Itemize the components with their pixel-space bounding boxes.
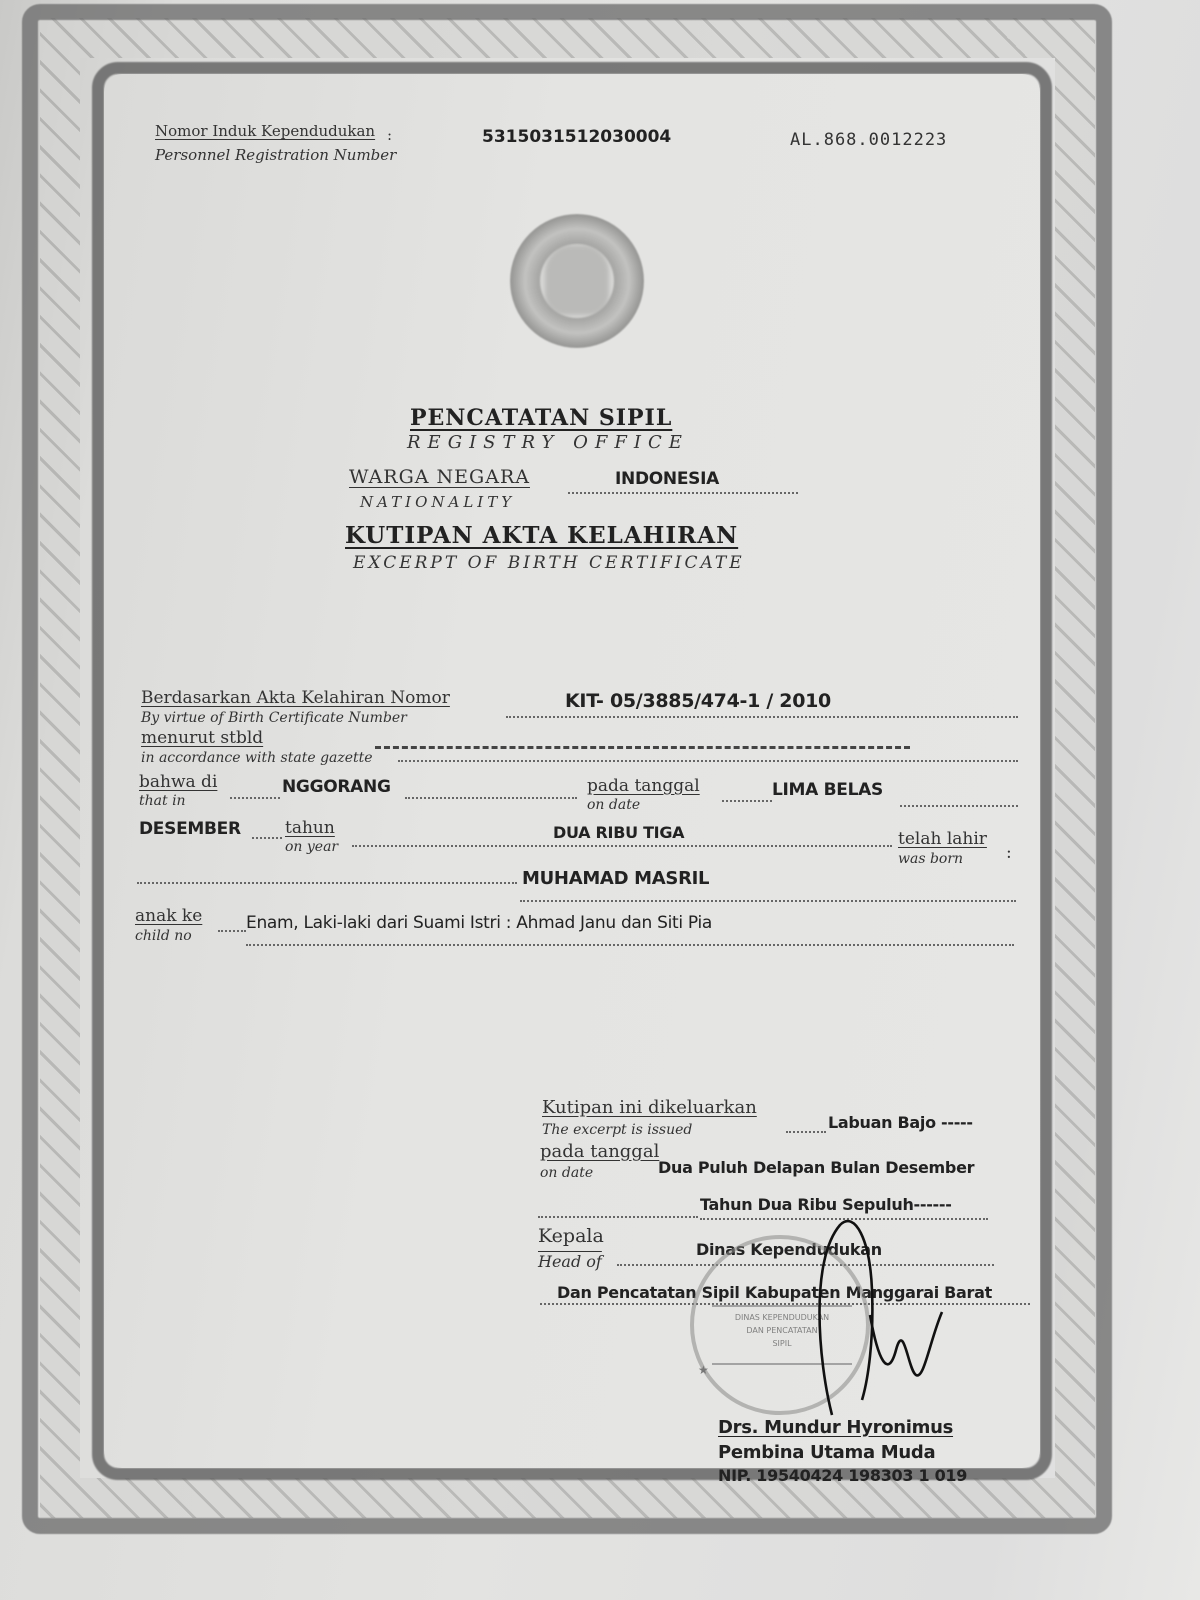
star-icon: ★ [698,1363,709,1377]
date-label: pada tanggal [587,776,700,796]
nik-label-en: Personnel Registration Number [155,146,396,164]
dotted-line [252,837,282,839]
issued-label-en: The excerpt is issued [542,1122,692,1138]
dotted-line [246,944,1014,946]
certificate-paper: Nomor Induk Kependudukan : Personnel Reg… [0,0,1200,1600]
born-label: telah lahir [898,829,987,849]
dotted-line [538,1216,698,1218]
birth-month-value: DESEMBER [139,819,241,839]
stbld-label-en: in accordance with state gazette [141,750,373,766]
document-title-en: EXCERPT OF BIRTH CERTIFICATE [353,553,745,573]
place-label-en: that in [139,793,186,809]
office-title: PENCATATAN SIPIL [410,405,672,431]
signatory-name: Drs. Mundur Hyronimus [718,1417,953,1438]
head-label-en: Head of [538,1252,602,1271]
place-label: bahwa di [139,772,217,792]
nationality-label-en: NATIONALITY [360,493,515,511]
born-colon: : [1006,843,1012,863]
cert-number-label: Berdasarkan Akta Kelahiran Nomor [141,688,450,708]
year-label: tahun [285,818,335,838]
office-title-en: REGISTRY OFFICE [407,432,689,453]
born-label-en: was born [898,851,963,867]
serial-number: AL.868.0012223 [790,130,947,150]
child-name-value: MUHAMAD MASRIL [522,868,709,889]
stbld-empty-dashes [375,746,910,749]
birth-day-value: LIMA BELAS [772,780,883,800]
cert-number-value: KIT- 05/3885/474-1 / 2010 [565,690,831,712]
dotted-line [398,760,1018,762]
cert-number-label-en: By virtue of Birth Certificate Number [141,710,407,726]
stbld-label: menurut stbld [141,728,263,748]
dotted-line [722,800,772,802]
issued-date-label-en: on date [540,1165,593,1181]
head-label: Kepala [538,1225,604,1247]
nationality-value: INDONESIA [615,469,719,489]
dotted-line [405,797,577,799]
birth-place-value: NGGORANG [282,777,391,797]
dotted-line [506,716,1018,718]
dotted-line [786,1131,826,1133]
issued-date-value: Dua Puluh Delapan Bulan Desember [658,1158,974,1177]
child-number-value: Enam, Laki-laki dari Suami Istri : Ahmad… [246,913,712,933]
document-title: KUTIPAN AKTA KELAHIRAN [345,522,738,549]
dotted-line [230,797,280,799]
signatory-rank: Pembina Utama Muda [718,1442,935,1463]
garuda-emblem-center [545,245,609,315]
dotted-line [900,805,1018,807]
dotted-line [617,1264,693,1266]
nik-label: Nomor Induk Kependudukan [155,122,375,140]
signature-icon [800,1200,980,1420]
issued-place-value: Labuan Bajo ----- [828,1113,973,1132]
nationality-label: WARGA NEGARA [349,466,530,488]
date-label-en: on date [587,797,640,813]
issued-label: Kutipan ini dikeluarkan [542,1097,757,1118]
dotted-line [520,900,1016,902]
birth-year-value: DUA RIBU TIGA [553,823,684,842]
child-number-label-en: child no [135,928,192,944]
nik-value: 5315031512030004 [482,127,671,147]
issued-date-label: pada tanggal [540,1141,659,1162]
year-label-en: on year [285,839,338,855]
dotted-line [218,930,246,932]
child-number-label: anak ke [135,906,202,926]
signatory-nip: NIP. 19540424 198303 1 019 [718,1466,967,1485]
dotted-line [568,492,798,494]
dotted-line [137,882,517,884]
dotted-line [352,845,892,847]
nik-colon: : [387,126,392,144]
